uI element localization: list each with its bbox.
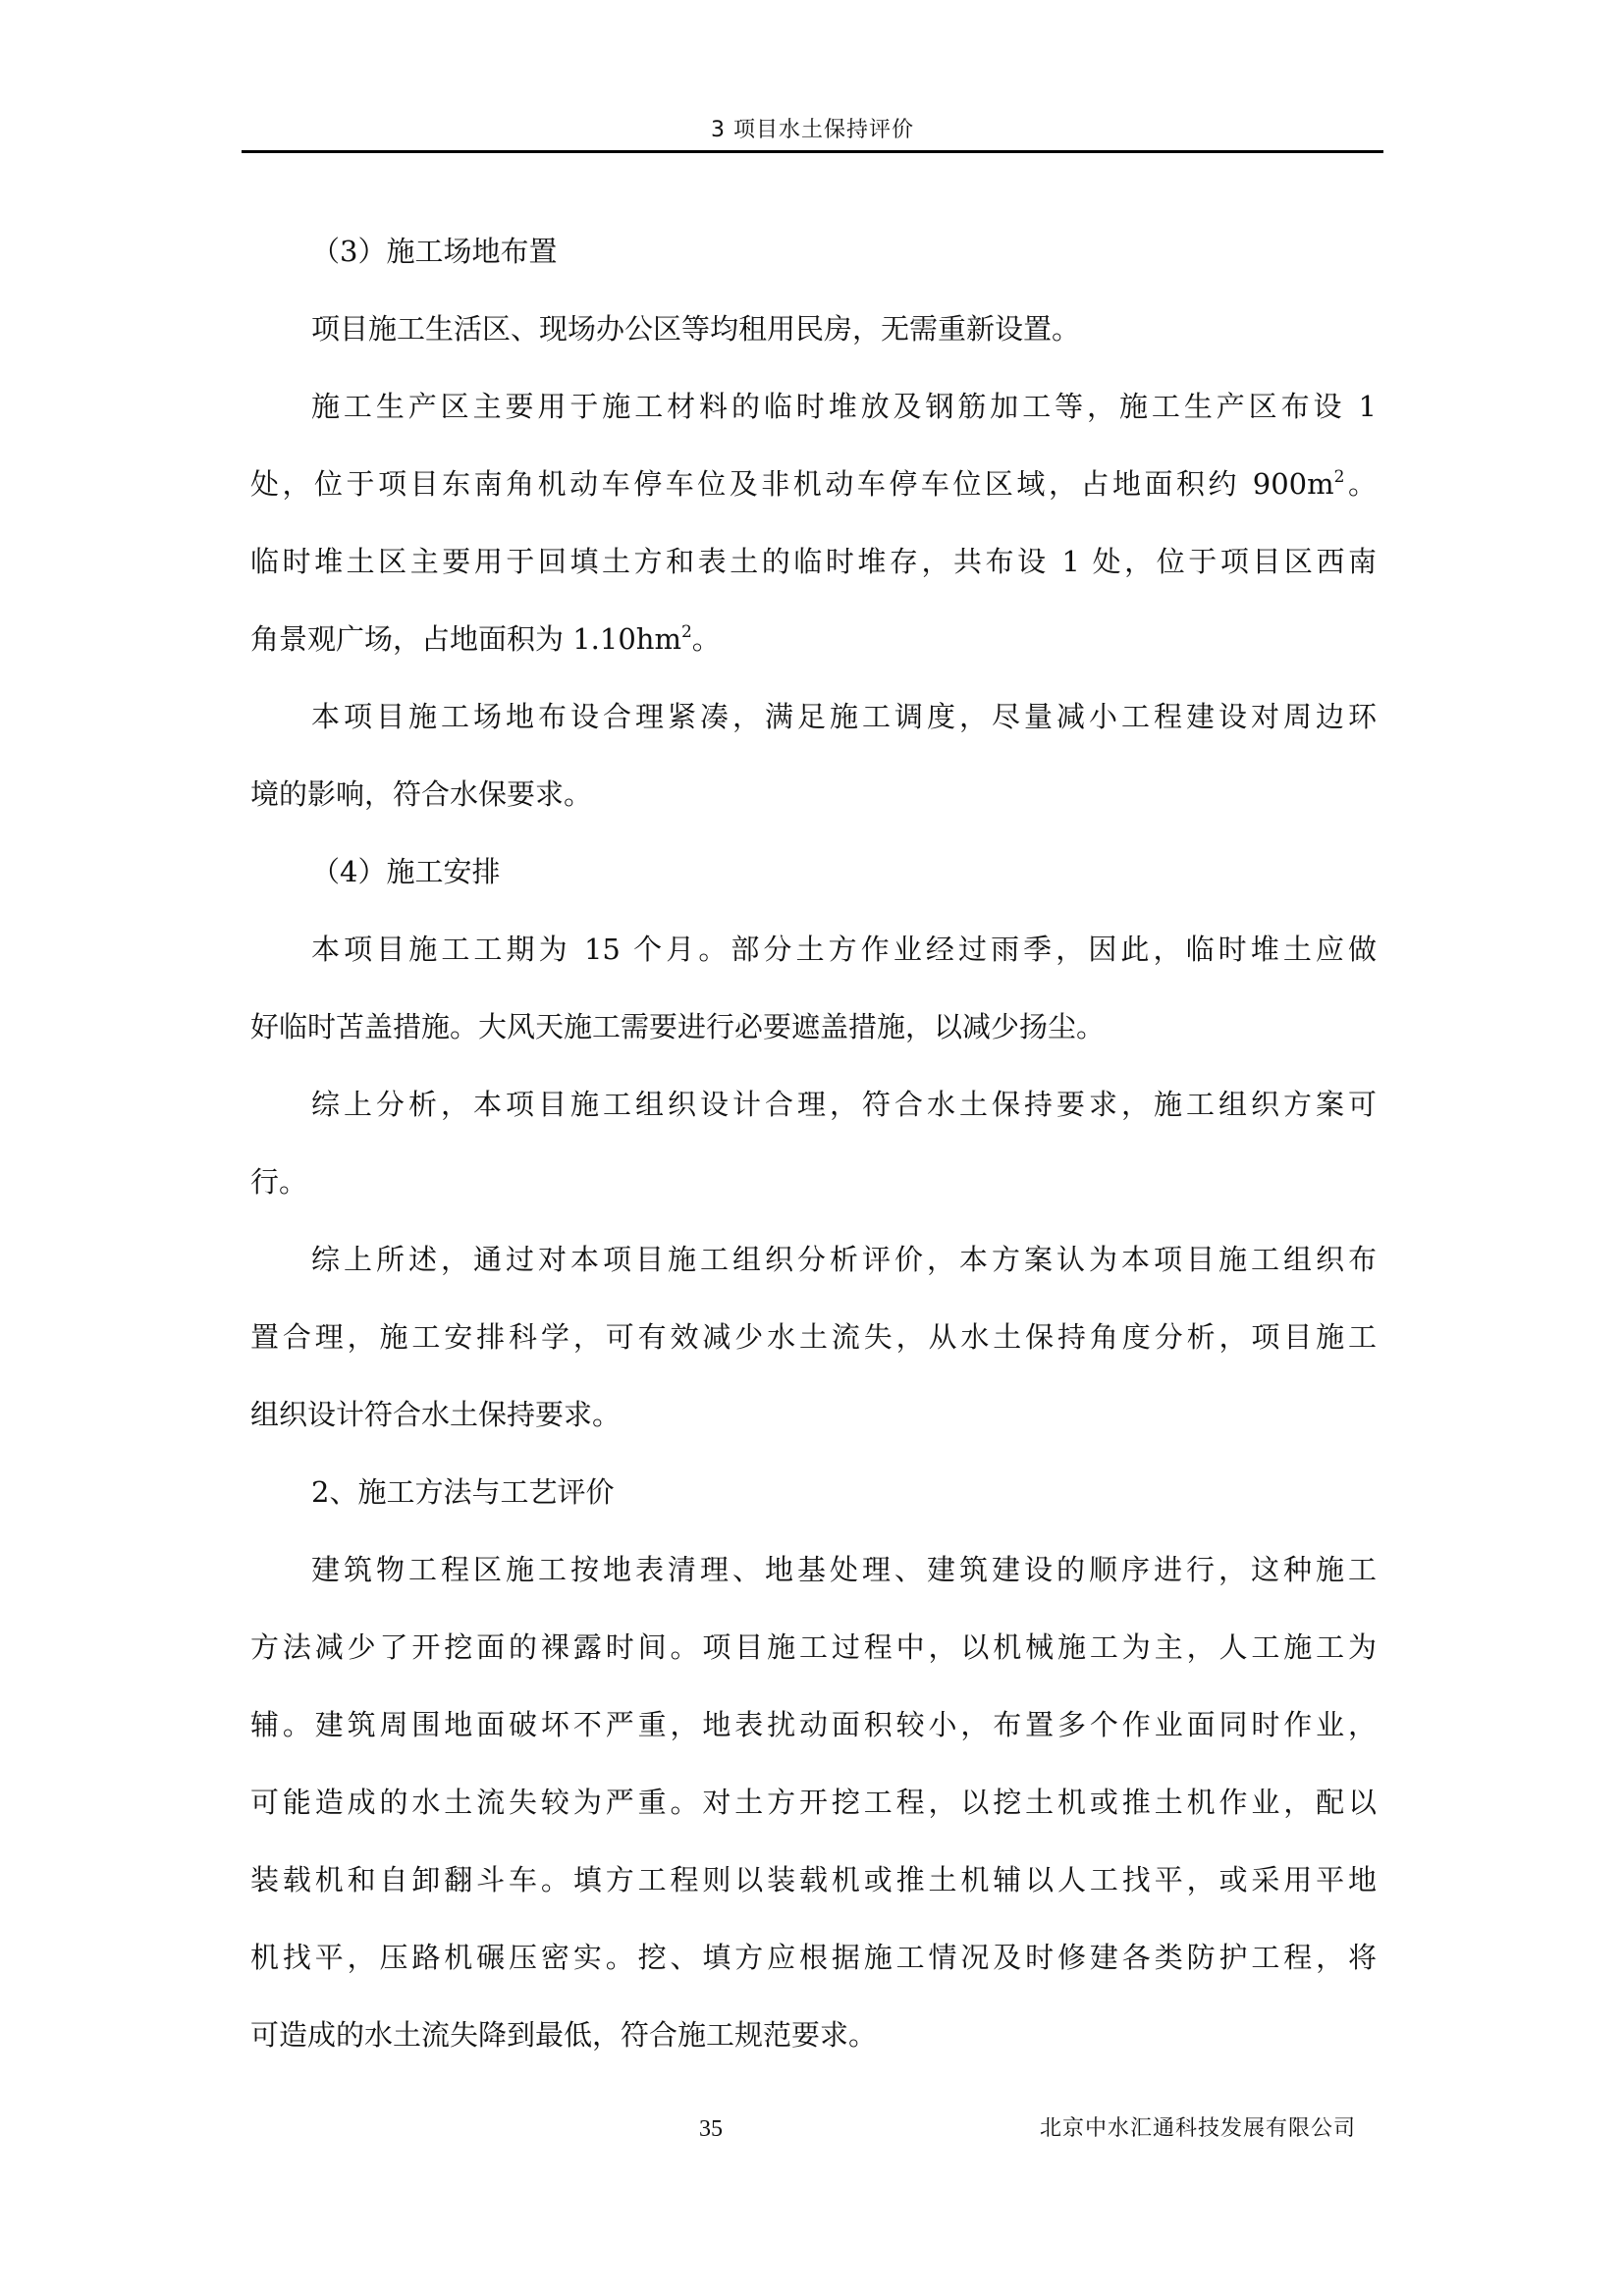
line-text: 境的影响，符合水保要求。: [250, 777, 592, 811]
paragraph-line: 建筑物工程区施工按地表清理、地基处理、建筑建设的顺序进行，这种施工: [250, 1550, 1377, 1628]
paragraph-line: 机找平，压路机碾压密实。挖、填方应根据施工情况及时修建各类防护工程，将: [250, 1938, 1377, 2015]
line-text: 处，位于项目东南角机动车停车位及非机动车停车位区域，占地面积约 900m: [250, 467, 1334, 501]
running-header-title: 3 项目水土保持评价: [242, 116, 1383, 145]
paragraph-line: 综上分析，本项目施工组织设计合理，符合水土保持要求，施工组织方案可: [250, 1085, 1377, 1162]
page-header: 3 项目水土保持评价: [242, 116, 1383, 155]
line-text: 角景观广场，占地面积为 1.10hm: [250, 622, 681, 656]
line-text: 装载机和自卸翻斗车。填方工程则以装载机或推土机辅以人工找平，或采用平地: [250, 1863, 1377, 1896]
line-text: 组织设计符合水土保持要求。: [250, 1398, 621, 1431]
paragraph-line: 综上所述，通过对本项目施工组织分析评价，本方案认为本项目施工组织布: [250, 1240, 1377, 1317]
superscript: 2: [681, 622, 692, 642]
line-tail: 。: [692, 622, 721, 656]
document-body: （3）施工场地布置 项目施工生活区、现场办公区等均租用民房，无需重新设置。 施工…: [250, 232, 1377, 2093]
paragraph-line: 本项目施工工期为 15 个月。部分土方作业经过雨季，因此，临时堆土应做: [250, 930, 1377, 1007]
paragraph-line: 境的影响，符合水保要求。: [250, 774, 1377, 852]
company-name: 北京中水汇通科技发展有限公司: [1040, 2110, 1356, 2148]
line-text: 项目施工生活区、现场办公区等均租用民房，无需重新设置。: [311, 312, 1080, 346]
line-text: 置合理，施工安排科学，可有效减少水土流失，从水土保持角度分析，项目施工: [250, 1320, 1377, 1354]
line-text: 综上所述，通过对本项目施工组织分析评价，本方案认为本项目施工组织布: [311, 1243, 1377, 1276]
line-text: 建筑物工程区施工按地表清理、地基处理、建筑建设的顺序进行，这种施工: [311, 1553, 1377, 1586]
paragraph-line: 装载机和自卸翻斗车。填方工程则以装载机或推土机辅以人工找平，或采用平地: [250, 1860, 1377, 1938]
line-text: 可能造成的水土流失较为严重。对土方开挖工程，以挖土机或推土机作业，配以: [250, 1786, 1377, 1819]
paragraph-line: 行。: [250, 1162, 1377, 1240]
section-heading-text: 2、施工方法与工艺评价: [311, 1475, 614, 1509]
paragraph-line: 可造成的水土流失降到最低，符合施工规范要求。: [250, 2015, 1377, 2093]
line-text: 施工生产区主要用于施工材料的临时堆放及钢筋加工等，施工生产区布设 1: [311, 390, 1377, 423]
paragraph-line: 置合理，施工安排科学，可有效减少水土流失，从水土保持角度分析，项目施工: [250, 1317, 1377, 1395]
line-text: 辅。建筑周围地面破坏不严重，地表扰动面积较小，布置多个作业面同时作业，: [250, 1708, 1377, 1741]
paragraph-line: 组织设计符合水土保持要求。: [250, 1395, 1377, 1472]
paragraph-line: 方法减少了开挖面的裸露时间。项目施工过程中，以机械施工为主，人工施工为: [250, 1628, 1377, 1705]
page-number: 35: [699, 2110, 723, 2148]
paragraph-line: 可能造成的水土流失较为严重。对土方开挖工程，以挖土机或推土机作业，配以: [250, 1783, 1377, 1860]
paragraph-line: 处，位于项目东南角机动车停车位及非机动车停车位区域，占地面积约 900m2。: [250, 464, 1377, 542]
line-text: 可造成的水土流失降到最低，符合施工规范要求。: [250, 2018, 877, 2052]
paragraph-line: 角景观广场，占地面积为 1.10hm2。: [250, 619, 1377, 697]
line-text: 综上分析，本项目施工组织设计合理，符合水土保持要求，施工组织方案可: [311, 1088, 1377, 1121]
line-text: 好临时苫盖措施。大风天施工需要进行必要遮盖措施，以减少扬尘。: [250, 1010, 1105, 1043]
header-rule: [242, 150, 1383, 153]
line-text: 本项目施工场地布设合理紧凑，满足施工调度，尽量减小工程建设对周边环: [311, 700, 1377, 733]
superscript: 2: [1334, 467, 1345, 487]
paragraph-line: 辅。建筑周围地面破坏不严重，地表扰动面积较小，布置多个作业面同时作业，: [250, 1705, 1377, 1783]
paragraph-line: 项目施工生活区、现场办公区等均租用民房，无需重新设置。: [250, 309, 1377, 387]
line-text: 方法减少了开挖面的裸露时间。项目施工过程中，以机械施工为主，人工施工为: [250, 1630, 1377, 1664]
section-heading-construction-method: 2、施工方法与工艺评价: [250, 1472, 1377, 1550]
subheading-schedule: （4）施工安排: [250, 852, 1377, 930]
line-text: 临时堆土区主要用于回填土方和表土的临时堆存，共布设 1 处，位于项目区西南: [250, 545, 1377, 578]
subheading-text: （3）施工场地布置: [311, 235, 557, 268]
paragraph-line: 临时堆土区主要用于回填土方和表土的临时堆存，共布设 1 处，位于项目区西南: [250, 542, 1377, 619]
page-footer: 35 北京中水汇通科技发展有限公司: [0, 2110, 1624, 2150]
paragraph-line: 本项目施工场地布设合理紧凑，满足施工调度，尽量减小工程建设对周边环: [250, 697, 1377, 774]
subheading-site-layout: （3）施工场地布置: [250, 232, 1377, 309]
paragraph-line: 施工生产区主要用于施工材料的临时堆放及钢筋加工等，施工生产区布设 1: [250, 387, 1377, 464]
line-tail: 。: [1344, 467, 1377, 501]
line-text: 行。: [250, 1165, 307, 1199]
line-text: 机找平，压路机碾压密实。挖、填方应根据施工情况及时修建各类防护工程，将: [250, 1941, 1377, 1974]
paragraph-line: 好临时苫盖措施。大风天施工需要进行必要遮盖措施，以减少扬尘。: [250, 1007, 1377, 1085]
subheading-text: （4）施工安排: [311, 855, 500, 888]
line-text: 本项目施工工期为 15 个月。部分土方作业经过雨季，因此，临时堆土应做: [311, 933, 1377, 966]
